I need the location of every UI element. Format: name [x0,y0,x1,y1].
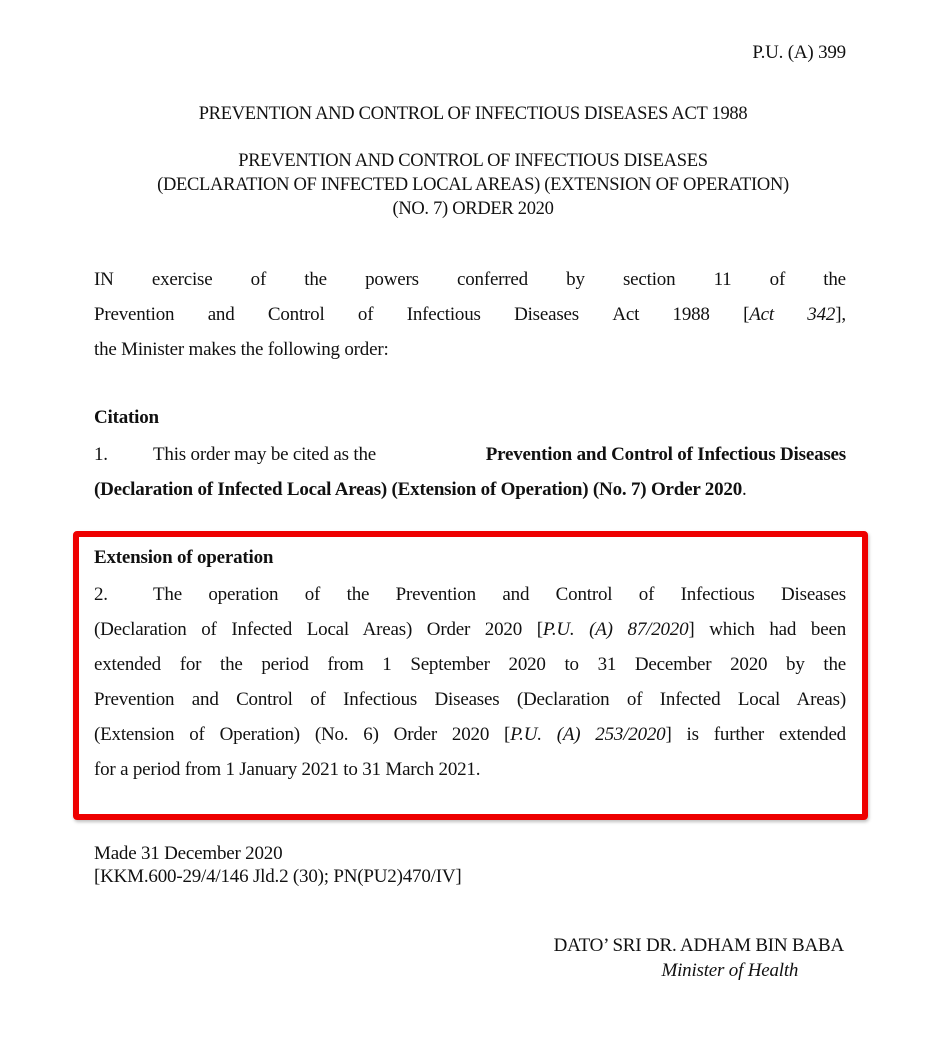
preamble-line: PreventionandControlofInfectiousDiseases… [94,297,846,332]
order-title-line: (DECLARATION OF INFECTED LOCAL AREAS) (E… [0,173,946,197]
extension-line: (Declaration of Infected Local Areas) Or… [94,612,846,647]
word: Diseases [781,577,846,612]
word: Act [612,297,639,332]
citation-paragraph: 1.This order may be cited as the Prevent… [94,437,846,507]
word: of [770,262,785,297]
extension-line: 2.TheoperationofthePreventionandControlo… [94,577,846,612]
word: the [347,577,370,612]
word: and [502,577,529,612]
pu-reference: P.U. (A) 87/2020 [543,619,689,640]
act-reference: [Act [743,297,774,332]
word: Prevention [94,297,174,332]
signatory-name: DATO’ SRI DR. ADHAM BIN BABA [554,933,844,958]
preamble-line: INexerciseofthepowersconferredbysection1… [94,262,846,297]
section-number: 1. [94,437,153,472]
word: of [251,262,266,297]
signatory-role: Minister of Health [554,958,844,983]
extension-paragraph: 2.TheoperationofthePreventionandControlo… [94,577,846,787]
extension-line: extended for the period from 1 September… [94,647,846,682]
document-page: P.U. (A) 399 PREVENTION AND CONTROL OF I… [0,0,946,1042]
word: 1988 [673,297,710,332]
pu-reference: P.U. (A) 253/2020 [510,724,665,745]
word: powers [365,262,419,297]
word: section [623,262,675,297]
word: of [358,297,373,332]
word: Control [268,297,325,332]
citation-heading: Citation [94,407,159,429]
section-number: 2. [94,577,153,612]
word: Infectious [407,297,481,332]
order-title: PREVENTION AND CONTROL OF INFECTIOUS DIS… [0,149,946,221]
extension-line: Prevention and Control of Infectious Dis… [94,682,846,717]
document-reference: P.U. (A) 399 [752,42,846,64]
word: Control [556,577,613,612]
file-reference: [KKM.600-29/4/146 Jld.2 (30); PN(PU2)470… [94,865,462,888]
citation-short-title: Prevention and Control of Infectious Dis… [486,437,846,472]
extension-line: for a period from 1 January 2021 to 31 M… [94,752,846,787]
word: by [566,262,585,297]
word: exercise [152,262,213,297]
word: the [823,262,846,297]
word: IN [94,262,114,297]
word: Prevention [396,577,476,612]
act-reference: 342], [807,297,846,332]
citation-line: 1.This order may be cited as the Prevent… [94,437,846,472]
word: Infectious [681,577,755,612]
made-date: Made 31 December 2020 [94,842,462,865]
word: of [639,577,654,612]
word: conferred [457,262,528,297]
extension-line: (Extension of Operation) (No. 6) Order 2… [94,717,846,752]
order-title-line: (NO. 7) ORDER 2020 [0,197,946,221]
extension-heading: Extension of operation [94,547,273,569]
word: Diseases [514,297,579,332]
word: of [305,577,320,612]
signature-block: DATO’ SRI DR. ADHAM BIN BABA Minister of… [554,933,844,983]
order-title-line: PREVENTION AND CONTROL OF INFECTIOUS DIS… [0,149,946,173]
word: operation [208,577,278,612]
citation-line: (Declaration of Infected Local Areas) (E… [94,472,846,507]
preamble-line: the Minister makes the following order: [94,332,846,367]
word: the [304,262,327,297]
word: 11 [714,262,732,297]
made-block: Made 31 December 2020 [KKM.600-29/4/146 … [94,842,462,888]
citation-short-title: (Declaration of Infected Local Areas) (E… [94,472,742,507]
word: and [208,297,235,332]
preamble-paragraph: INexerciseofthepowersconferredbysection1… [94,262,846,367]
act-title: PREVENTION AND CONTROL OF INFECTIOUS DIS… [0,102,946,126]
